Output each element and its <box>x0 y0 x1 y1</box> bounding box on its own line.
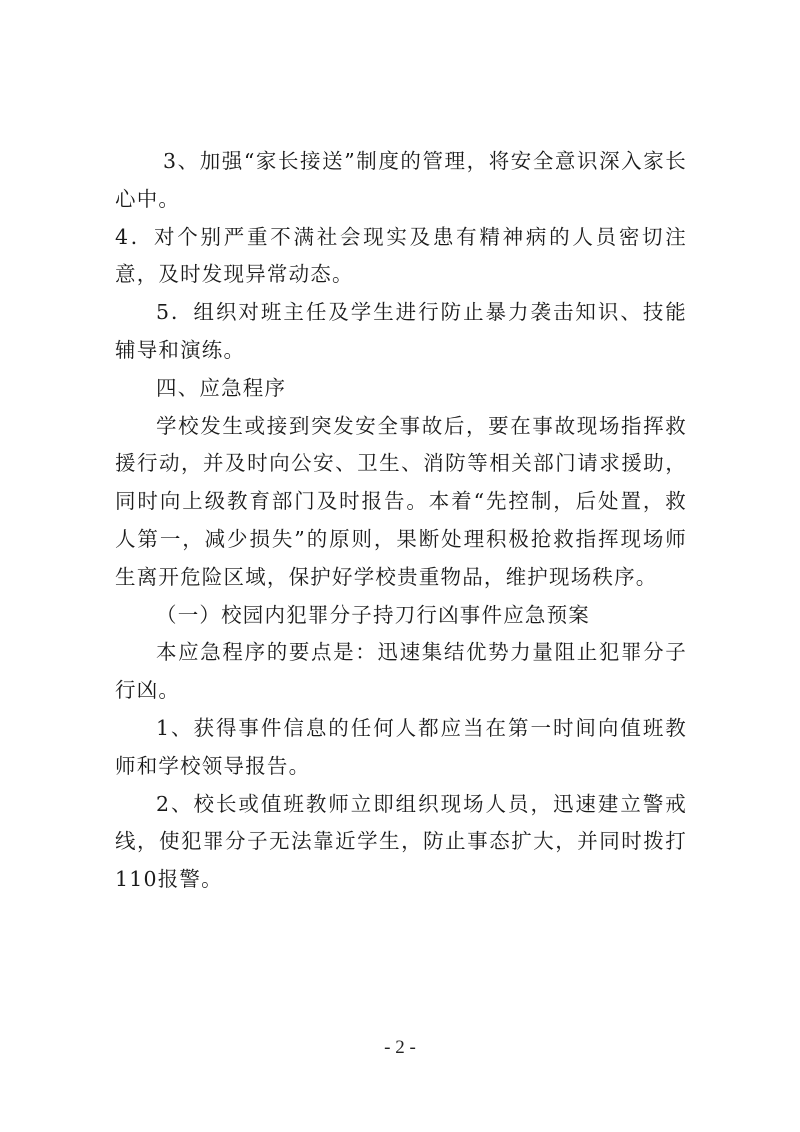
paragraph-step-1-report: 1、获得事件信息的任何人都应当在第一时间向值班教师和学校领导报告。 <box>115 710 687 786</box>
document-page: 3、加强“家长接送”制度的管理，将安全意识深入家长心中。 4．对个别严重不满社会… <box>0 0 800 1132</box>
document-body: 3、加强“家长接送”制度的管理，将安全意识深入家长心中。 4．对个别严重不满社会… <box>115 143 687 899</box>
paragraph-key-points: 本应急程序的要点是：迅速集结优势力量阻止犯罪分子行凶。 <box>115 634 687 710</box>
paragraph-drill-training: 5．组织对班主任及学生进行防止暴力袭击知识、技能辅导和演练。 <box>115 294 687 370</box>
subsection-heading-knife-attack-plan: （一）校园内犯罪分子持刀行凶事件应急预案 <box>115 597 687 635</box>
paragraph-step-2-cordon: 2、校长或值班教师立即组织现场人员，迅速建立警戒线，使犯罪分子无法靠近学生，防止… <box>115 786 687 899</box>
paragraph-emergency-principles: 学校发生或接到突发安全事故后，要在事故现场指挥救援行动，并及时向公安、卫生、消防… <box>115 408 687 597</box>
paragraph-monitor-persons: 4．对个别严重不满社会现实及患有精神病的人员密切注意，及时发现异常动态。 <box>115 219 687 295</box>
page-number: - 2 - <box>0 1037 800 1059</box>
paragraph-parent-pickup: 3、加强“家长接送”制度的管理，将安全意识深入家长心中。 <box>115 143 687 219</box>
section-heading-emergency-procedure: 四、应急程序 <box>115 370 687 408</box>
